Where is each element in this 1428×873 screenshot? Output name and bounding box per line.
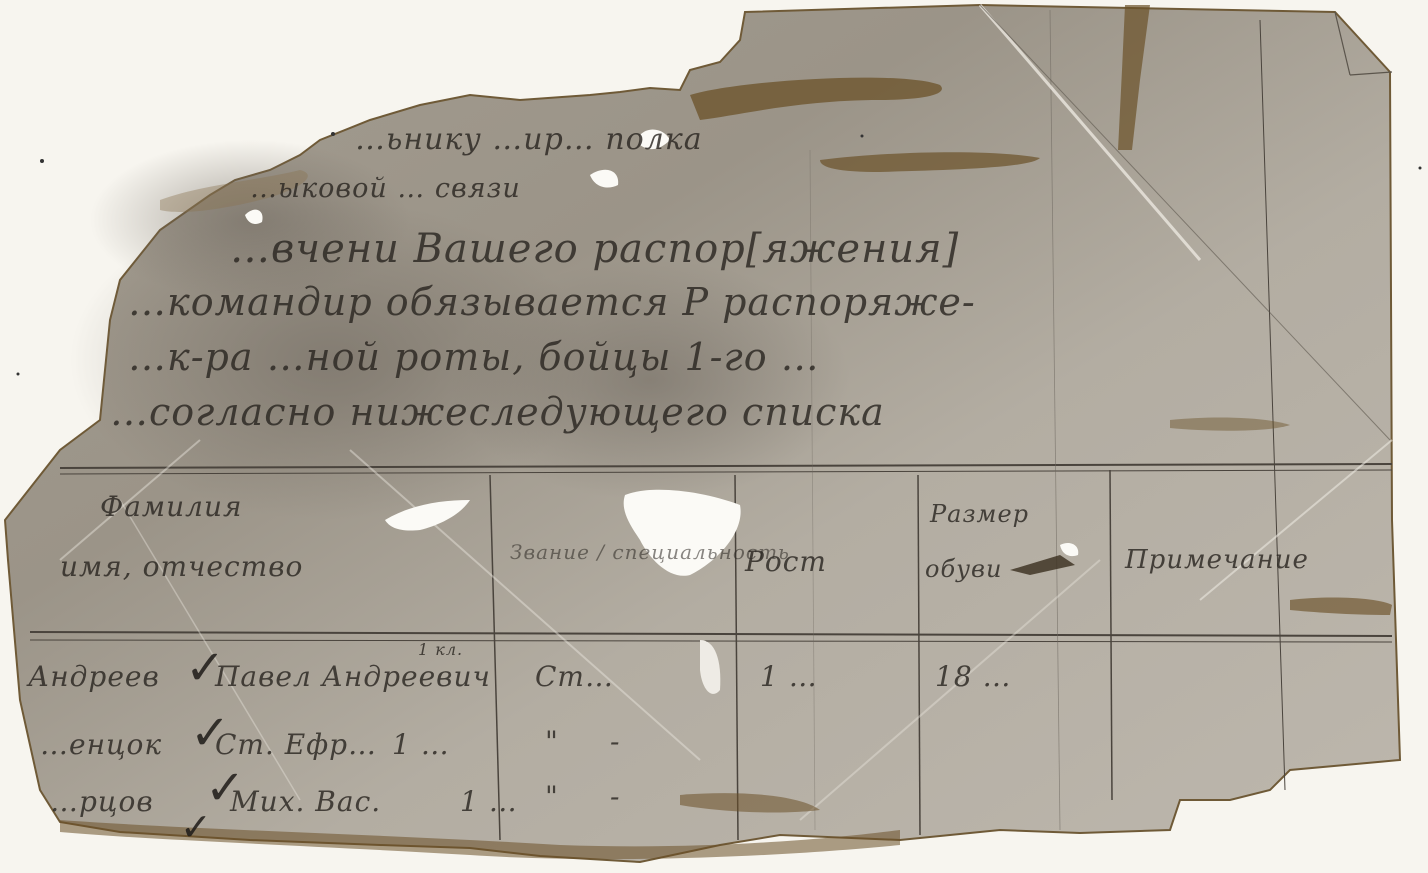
body-line-4: …согласно нижеследующего списка <box>110 390 885 434</box>
row3-rank: 1 … <box>460 785 518 818</box>
row1-note-above: 1 кл. <box>418 640 463 659</box>
row3-name: Мих. Вас. <box>230 785 381 818</box>
row2-height: " <box>545 725 559 758</box>
row2-shoe: - <box>610 725 620 758</box>
table-header-name-patronymic: имя, отчество <box>60 550 303 583</box>
checkmark-icon: ✓ <box>180 805 212 849</box>
document-scan: …ьнику …ир… полка …ыковой … связи …вчени… <box>0 0 1428 873</box>
row1-height: 1 … <box>760 660 818 693</box>
row2-name: Ст. Ефр… <box>215 728 377 761</box>
row3-surname: …рцов <box>50 785 154 818</box>
row1-surname: Андреев <box>28 660 160 693</box>
row1-shoe: 18 … <box>935 660 1012 693</box>
table-header-shoe-size-bottom: обуви <box>925 555 1002 583</box>
row1-name: Павел Андреевич <box>215 660 491 693</box>
table-header-height: Рост <box>745 545 827 578</box>
row2-rank: 1 … <box>392 728 450 761</box>
table-header-note: Примечание <box>1125 545 1309 575</box>
row3-height: " <box>545 780 559 813</box>
table-header-shoe-size-top: Размер <box>930 500 1029 528</box>
row1-rank: Ст… <box>535 660 614 693</box>
row2-surname: …енцок <box>40 728 162 761</box>
row3-shoe: - <box>610 780 620 813</box>
body-line-2: …командир обязывается Р распоряже- <box>128 280 976 324</box>
header-line-2: …ыковой … связи <box>250 173 521 204</box>
body-line-1: …вчени Вашего распор[яжения] <box>230 226 959 272</box>
table-header-surname: Фамилия <box>100 490 243 523</box>
body-line-3: …к-ра …ной роты, бойцы 1-го … <box>128 335 820 379</box>
header-line-1: …ьнику …ир… полка <box>355 122 703 157</box>
